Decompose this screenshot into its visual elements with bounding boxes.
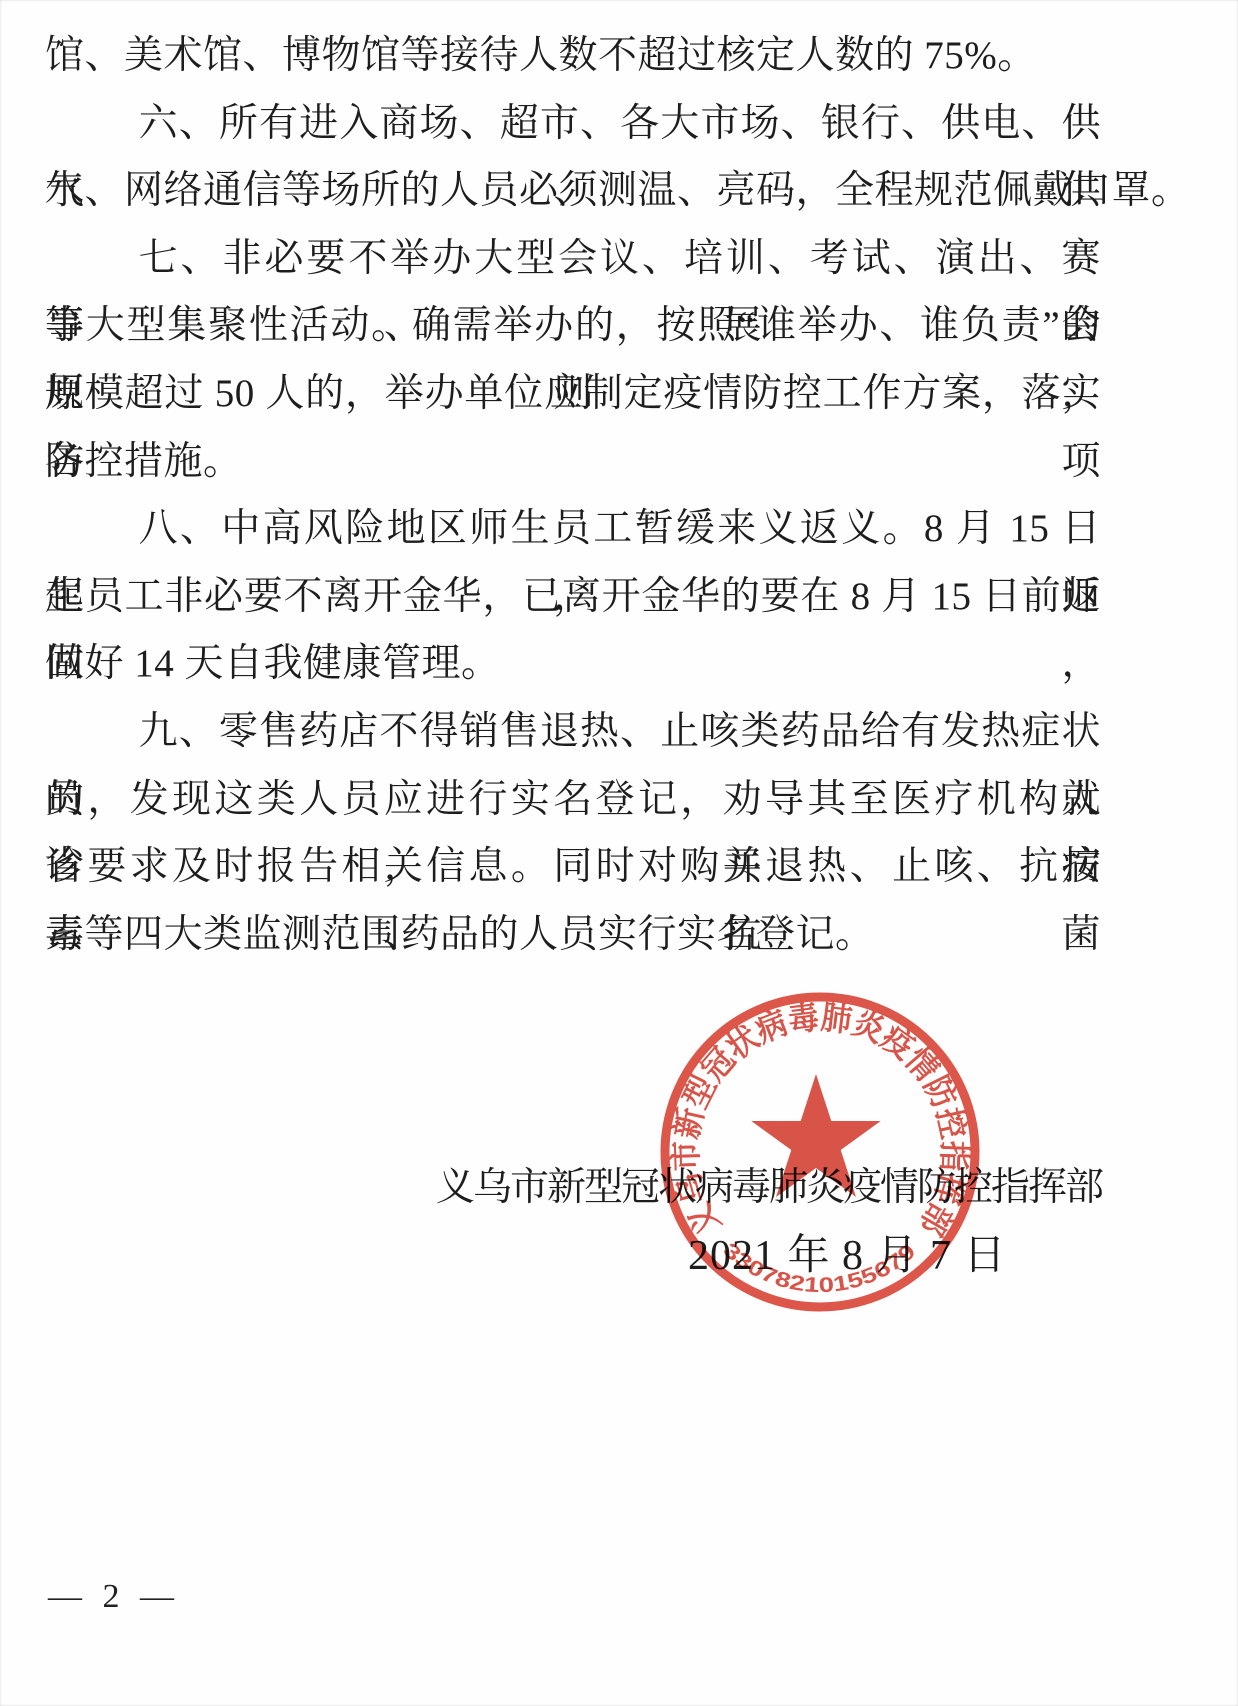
body-line: 生员工非必要不离开金华，已离开金华的要在 8 月 15 日前返回，	[45, 563, 1101, 631]
issuer-signature: 义乌市新型冠状病毒肺炎疫情防控指挥部	[436, 1156, 1102, 1212]
body-line: 省要求及时报告相关信息。同时对购买退热、止咳、抗病毒、抗菌	[45, 833, 1101, 901]
issue-date: 2021 年 8 月 7 日	[688, 1222, 1007, 1282]
body-line: 八、中高风险地区师生员工暂缓来义返义。8 月 15 日起，师	[45, 495, 1101, 563]
body-line: 馆、美术馆、博物馆等接待人数不超过核定人数的 75%。	[45, 22, 1101, 90]
body-line: 规模超过 50 人的，举办单位应制定疫情防控工作方案，落实各项	[45, 360, 1101, 428]
body-text: 馆、美术馆、博物馆等接待人数不超过核定人数的 75%。 六、所有进入商场、超市、…	[45, 22, 1101, 968]
body-line: 等大型集聚性活动。确需举办的，按照“谁举办、谁负责”的原则，	[45, 292, 1101, 360]
body-line: 员，发现这类人员应进行实名登记，劝导其至医疗机构就诊，并按	[45, 766, 1101, 834]
body-line: 九、零售药店不得销售退热、止咳类药品给有发热症状的人	[45, 698, 1101, 766]
body-line: 气、网络通信等场所的人员必须测温、亮码，全程规范佩戴口罩。	[45, 157, 1101, 225]
page-number: — 2 —	[48, 1578, 180, 1616]
document-page: 馆、美术馆、博物馆等接待人数不超过核定人数的 75%。 六、所有进入商场、超市、…	[0, 0, 1238, 1706]
body-line: 七、非必要不举办大型会议、培训、考试、演出、赛事、展会	[45, 225, 1101, 293]
body-line: 六、所有进入商场、超市、各大市场、银行、供电、供水、供	[45, 90, 1101, 158]
